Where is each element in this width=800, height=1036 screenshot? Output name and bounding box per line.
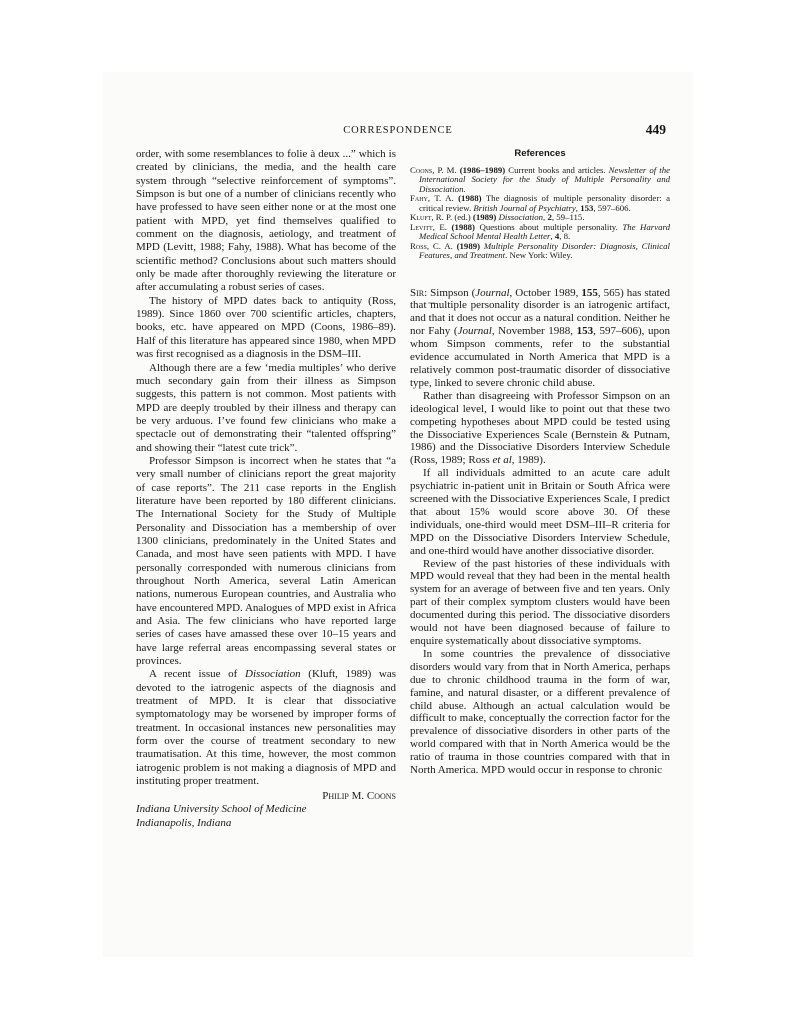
paragraph: Although there are a few ‘media multiple… [136,362,396,455]
affiliation-line-2: Indianapolis, Indiana [136,817,396,831]
paragraph: In some countries the prevalence of diss… [410,648,670,777]
paragraph: Review of the past histories of these in… [410,558,670,648]
paragraph: If all individuals admitted to an acute … [410,467,670,557]
paragraph: The history of MPD dates back to antiqui… [136,295,396,362]
references-heading: References [410,148,670,159]
reference-entry: Coons, P. M. (1986–1989) Current books a… [410,166,670,194]
left-column: order, with some resemblances to folie à… [136,148,396,830]
running-head-title: CORRESPONDENCE [103,125,693,136]
two-column-text: order, with some resemblances to folie à… [136,148,670,830]
page-number: 449 [646,122,666,138]
paragraph: order, with some resemblances to folie à… [136,148,396,295]
signature-author: Philip M. Coons [136,790,396,803]
paragraph: A recent issue of Dissociation (Kluft, 1… [136,668,396,788]
paragraph: Professor Simpson is incorrect when he s… [136,455,396,669]
reference-entry: Fahy, T. A. (1988) The diagnosis of mult… [410,194,670,213]
running-head: CORRESPONDENCE 449 [103,125,693,141]
reference-entry: Ross, C. A. (1989) Multiple Personality … [410,242,670,261]
affiliation: Indiana University School of Medicine In… [136,803,396,830]
paragraph: Rather than disagreeing with Professor S… [410,390,670,467]
letter-two: Sir: Simpson (Journal, October 1989, 155… [410,287,670,777]
letter-one-continuation: order, with some resemblances to folie à… [136,148,396,789]
paragraph: Sir: Simpson (Journal, October 1989, 155… [410,287,670,390]
affiliation-line-1: Indiana University School of Medicine [136,803,396,817]
references-list: Coons, P. M. (1986–1989) Current books a… [410,166,670,261]
journal-page: CORRESPONDENCE 449 order, with some rese… [103,72,693,957]
right-column: References Coons, P. M. (1986–1989) Curr… [410,148,670,830]
reference-entry: Levitt, E. (1988) Questions about multip… [410,223,670,242]
